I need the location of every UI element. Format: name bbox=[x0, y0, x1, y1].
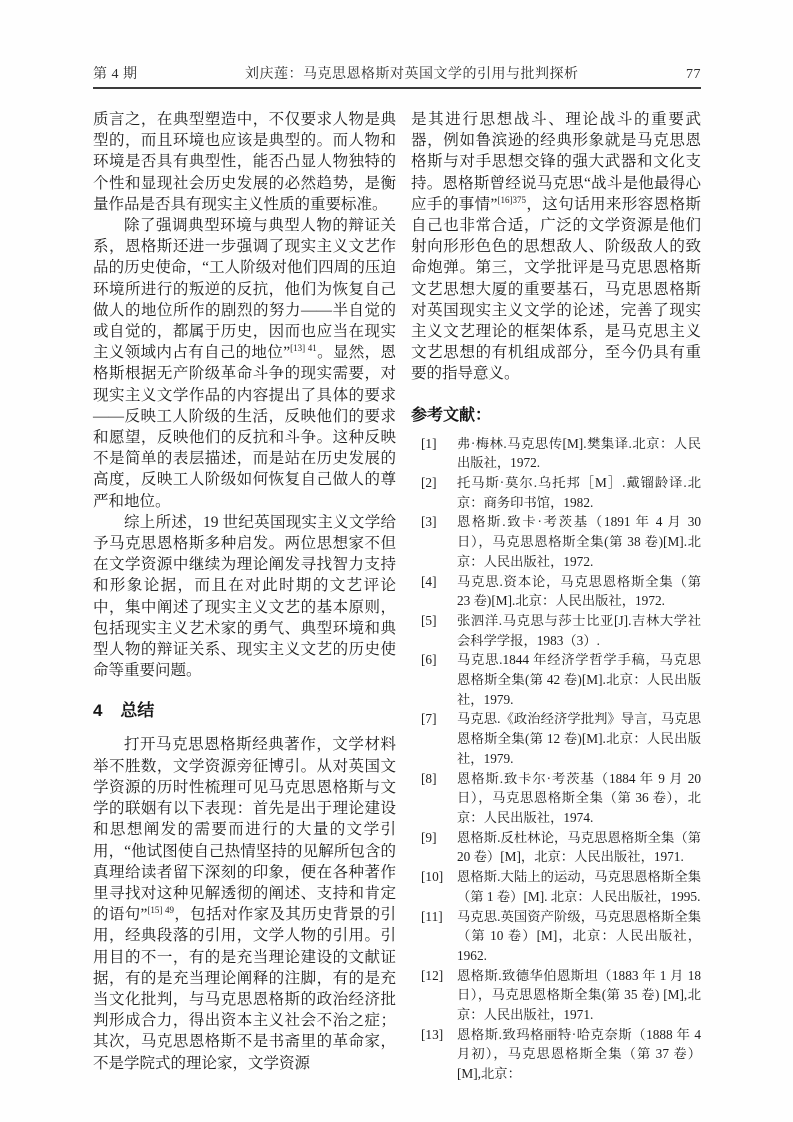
reference-number: [5] bbox=[421, 611, 437, 631]
reference-text: 马克思.英国资产阶级，马克思恩格斯全集（第 10 卷）[M]，北京：人民出版社，… bbox=[457, 909, 701, 963]
reference-text: 恩格斯.致卡·考茨基（1891 年 4 月 30 日），马克思恩格斯全集(第 3… bbox=[457, 514, 701, 568]
issue-label: 第 4 期 bbox=[93, 63, 138, 83]
article-body: 质言之，在典型塑造中，不仅要求人物是典型的，而且环境也应该是典型的。而人物和环境… bbox=[93, 109, 701, 1084]
reference-item: [6]马克思.1844 年经济学哲学手稿，马克思恩格斯全集(第 42 卷)[M]… bbox=[411, 650, 701, 709]
reference-text: 马克思.1844 年经济学哲学手稿，马克思恩格斯全集(第 42 卷)[M].北京… bbox=[457, 652, 701, 706]
reference-text: 恩格斯.大陆上的运动，马克思恩格斯全集（第 1 卷）[M]. 北京：人民出版社，… bbox=[457, 869, 701, 904]
reference-text: 恩格斯.致玛格丽特·哈克奈斯（1888 年 4 月初），马克思恩格斯全集（第 3… bbox=[457, 1027, 701, 1081]
reference-number: [6] bbox=[421, 650, 437, 670]
reference-number: [10] bbox=[421, 867, 443, 887]
section-number: 4 bbox=[93, 701, 102, 720]
left-column: 质言之，在典型塑造中，不仅要求人物是典型的，而且环境也应该是典型的。而人物和环境… bbox=[93, 109, 396, 1084]
paragraph: 除了强调典型环境与典型人物的辩证关系，恩格斯还进一步强调了现实主义文艺作品的历史… bbox=[93, 215, 396, 512]
reference-text: 张泗洋.马克思与莎士比亚[J].吉林大学社会科学学报，1983（3）. bbox=[457, 613, 701, 648]
paragraph: 是其进行思想战斗、理论战斗的重要武器，例如鲁滨逊的经典形象就是马克思恩格斯与对手… bbox=[411, 109, 701, 385]
reference-text: 马克思.资本论，马克思恩格斯全集（第 23 卷)[M].北京：人民出版社，197… bbox=[457, 574, 701, 609]
reference-item: [1]弗·梅林.马克思传[M].樊集译.北京：人民出版社，1972. bbox=[411, 434, 701, 473]
paragraph: 质言之，在典型塑造中，不仅要求人物是典型的，而且环境也应该是典型的。而人物和环境… bbox=[93, 109, 396, 215]
reference-number: [8] bbox=[421, 769, 437, 789]
reference-item: [5]张泗洋.马克思与莎士比亚[J].吉林大学社会科学学报，1983（3）. bbox=[411, 611, 701, 650]
reference-item: [4]马克思.资本论，马克思恩格斯全集（第 23 卷)[M].北京：人民出版社，… bbox=[411, 572, 701, 611]
reference-item: [7]马克思.《政治经济学批判》导言，马克思恩格斯全集(第 12 卷)[M].北… bbox=[411, 709, 701, 768]
text-run: 质言之，在典型塑造中，不仅要求人物是典型的，而且环境也应该是典型的。而人物和环境… bbox=[93, 111, 396, 213]
text-run: 。显然，恩格斯根据无产阶级革命斗争的现实需要，对现实主义文学作品的内容提出了具体… bbox=[93, 344, 396, 509]
reference-text: 马克思.《政治经济学批判》导言，马克思恩格斯全集(第 12 卷)[M].北京：人… bbox=[457, 711, 701, 765]
text-run: ，包括对作家及其历史背景的引用，经典段落的引用，文学人物的引用。引用目的不一，有… bbox=[93, 906, 396, 1071]
reference-number: [4] bbox=[421, 572, 437, 592]
reference-item: [11]马克思.英国资产阶级，马克思恩格斯全集（第 10 卷）[M]，北京：人民… bbox=[411, 907, 701, 966]
reference-item: [9]恩格斯.反杜林论，马克思恩格斯全集（第 20 卷）[M]，北京：人民出版社… bbox=[411, 828, 701, 867]
left-paragraph-group-2: 打开马克思恩格斯经典著作，文学材料举不胜数，文学资源旁征博引。从对英国文学资源的… bbox=[93, 734, 396, 1073]
text-run: 除了强调典型环境与典型人物的辩证关系，恩格斯还进一步强调了现实主义文艺作品的历史… bbox=[93, 217, 396, 361]
running-title: 刘庆莲：马克思恩格斯对英国文学的引用与批判探析 bbox=[138, 63, 687, 83]
reference-text: 托马斯·莫尔.乌托邦［M］.戴镏龄译.北京：商务印书馆，1982. bbox=[457, 475, 701, 510]
reference-number: [13] bbox=[421, 1025, 443, 1045]
references-heading: 参考文献： bbox=[411, 402, 701, 425]
reference-number: [3] bbox=[421, 512, 437, 532]
reference-text: 恩格斯.致德华伯恩斯坦（1883 年 1 月 18 日），马克思恩格斯全集(第 … bbox=[457, 968, 701, 1022]
citation-superscript: [15] 49 bbox=[147, 905, 174, 915]
text-run: 综上所述，19 世纪英国现实主义文学给予马克思恩格斯多种启发。两位思想家不但在文… bbox=[93, 514, 396, 679]
reference-number: [2] bbox=[421, 473, 437, 493]
text-run: 打开马克思恩格斯经典著作，文学材料举不胜数，文学资源旁征博引。从对英国文学资源的… bbox=[93, 736, 396, 923]
header-rule bbox=[93, 87, 701, 89]
reference-text: 恩格斯.反杜林论，马克思恩格斯全集（第 20 卷）[M]，北京：人民出版社，19… bbox=[457, 830, 701, 865]
reference-number: [11] bbox=[421, 907, 443, 927]
page-number: 77 bbox=[686, 67, 701, 83]
reference-number: [9] bbox=[421, 828, 437, 848]
citation-superscript: [13] 41 bbox=[290, 343, 317, 353]
reference-number: [7] bbox=[421, 709, 437, 729]
reference-item: [8]恩格斯.致卡尔·考茨基（1884 年 9 月 20 日），马克思恩格斯全集… bbox=[411, 769, 701, 828]
right-paragraph-group: 是其进行思想战斗、理论战斗的重要武器，例如鲁滨逊的经典形象就是马克思恩格斯与对手… bbox=[411, 109, 701, 385]
paragraph: 打开马克思恩格斯经典著作，文学材料举不胜数，文学资源旁征博引。从对英国文学资源的… bbox=[93, 734, 396, 1073]
reference-item: [2]托马斯·莫尔.乌托邦［M］.戴镏龄译.北京：商务印书馆，1982. bbox=[411, 473, 701, 512]
reference-text: 弗·梅林.马克思传[M].樊集译.北京：人民出版社，1972. bbox=[457, 436, 701, 471]
journal-page: 第 4 期 刘庆莲：马克思恩格斯对英国文学的引用与批判探析 77 质言之，在典型… bbox=[0, 0, 793, 1122]
reference-item: [12]恩格斯.致德华伯恩斯坦（1883 年 1 月 18 日），马克思恩格斯全… bbox=[411, 966, 701, 1025]
left-paragraph-group-1: 质言之，在典型塑造中，不仅要求人物是典型的，而且环境也应该是典型的。而人物和环境… bbox=[93, 109, 396, 681]
text-run: ，这句话用来形容恩格斯自己也非常合适，广泛的文学资源是他们射向形形色色的思想敌人… bbox=[411, 196, 701, 383]
references-list: [1]弗·梅林.马克思传[M].樊集译.北京：人民出版社，1972.[2]托马斯… bbox=[411, 434, 701, 1084]
paragraph: 综上所述，19 世纪英国现实主义文学给予马克思恩格斯多种启发。两位思想家不但在文… bbox=[93, 512, 396, 682]
reference-item: [3]恩格斯.致卡·考茨基（1891 年 4 月 30 日），马克思恩格斯全集(… bbox=[411, 512, 701, 571]
reference-item: [10]恩格斯.大陆上的运动，马克思恩格斯全集（第 1 卷）[M]. 北京：人民… bbox=[411, 867, 701, 906]
section-heading: 4总结 bbox=[93, 696, 396, 721]
reference-item: [13]恩格斯.致玛格丽特·哈克奈斯（1888 年 4 月初），马克思恩格斯全集… bbox=[411, 1025, 701, 1084]
section-title: 总结 bbox=[120, 701, 154, 720]
reference-number: [12] bbox=[421, 966, 443, 986]
right-column: 是其进行思想战斗、理论战斗的重要武器，例如鲁滨逊的经典形象就是马克思恩格斯与对手… bbox=[411, 109, 701, 1084]
reference-number: [1] bbox=[421, 434, 437, 454]
running-header: 第 4 期 刘庆莲：马克思恩格斯对英国文学的引用与批判探析 77 bbox=[93, 63, 701, 83]
reference-text: 恩格斯.致卡尔·考茨基（1884 年 9 月 20 日），马克思恩格斯全集（第 … bbox=[457, 771, 701, 825]
citation-superscript: [16]375 bbox=[497, 195, 526, 205]
